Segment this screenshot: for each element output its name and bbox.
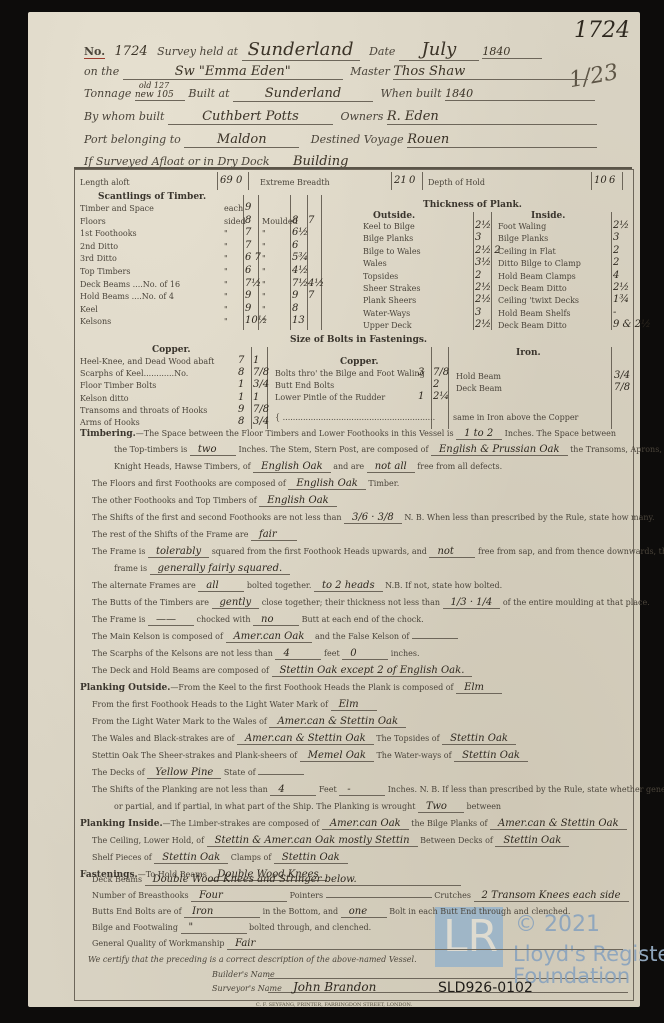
- text-l1-a: —To Hold Beams: [138, 870, 207, 879]
- plank-outside-label: Sheer Strakes: [363, 284, 420, 293]
- timbering-line-l2: the Top-timbers is two Inches. The Stem,…: [114, 444, 662, 456]
- same-iron-label: same in Iron above the Copper: [453, 413, 578, 422]
- plank-inside-label: Hold Beam Shelfs: [498, 309, 571, 318]
- header-row-2: on the Sw "Emma Eden" Master Thos Shaw: [84, 64, 588, 80]
- text-l7-d: N. B. If less than prescribed by the Rul…: [420, 785, 664, 794]
- lr-logo-letters: LR: [443, 907, 498, 967]
- scantling-moulded-label: ": [262, 229, 266, 238]
- watermark-copyright: © 2021: [515, 912, 600, 937]
- copper-row-count: 8: [238, 416, 244, 427]
- field-l6-v[interactable]: 3/6 · 3/8: [344, 512, 402, 524]
- plank-inside-value: 1¾: [613, 294, 629, 305]
- bolt-copper-label: Lower Pintle of the Rudder: [275, 393, 385, 402]
- text-l9-a: frame is: [114, 564, 147, 573]
- text-l3-b: Clamps of: [231, 853, 272, 862]
- plank-outside-value: 2: [475, 270, 481, 281]
- copper-row-count: 1: [238, 392, 244, 403]
- breadth-feet: 21: [394, 175, 407, 186]
- copper-row-count: 7: [238, 355, 244, 366]
- plank-outside-label: Bilge to Wales: [363, 247, 421, 256]
- plank-inside-value: 2½: [613, 282, 629, 293]
- scantling-row-suffix: ": [224, 242, 228, 251]
- copper-row-label: Heel-Knee, and Dead Wood abaft: [80, 357, 214, 366]
- text-l6-a: The Shifts of the first and second Footh…: [92, 513, 341, 522]
- text-l8-b: The Planking is wrought: [316, 802, 415, 811]
- text-l3-b: and are: [333, 462, 364, 471]
- field-l4-v2[interactable]: Stettin Oak: [442, 733, 516, 745]
- text-l1-a: —The Space between the Floor Timbers and…: [136, 429, 454, 438]
- scantling-row-label: Timber and Space: [80, 204, 154, 213]
- text-l1-b: Inches.: [505, 429, 534, 438]
- copper-left-title: Copper.: [152, 345, 191, 355]
- text-l12-b: chocked with: [197, 615, 251, 624]
- copper-row-label: Scarphs of Keel............No.: [80, 369, 188, 378]
- voyage-label: Destined Voyage: [311, 133, 404, 146]
- field-l11-v2[interactable]: 1/3 · 1/4: [443, 597, 501, 609]
- plank-inside-label: Ceiling in Flat: [498, 247, 556, 256]
- field-l12-v[interactable]: ——: [148, 614, 194, 626]
- plank-inside-label: Foot Waling: [498, 222, 546, 231]
- text-l8-c: free from sap, and from thence downwards…: [478, 547, 664, 556]
- plank-outside-value: 2½ 2: [475, 245, 501, 256]
- plank-outside-value: 3: [475, 232, 481, 243]
- copper-row-label: Arms of Hooks: [80, 418, 140, 427]
- length-inches: 0: [236, 175, 242, 186]
- scantling-sided-value: 7: [245, 227, 251, 238]
- field-l1-v2[interactable]: Amer.can & Stettin Oak: [490, 818, 627, 830]
- plank-outside-label: Bilge Planks: [363, 234, 413, 243]
- watermark-org-line-1: Lloyd's Register: [513, 942, 664, 966]
- builder-value: Cuthbert Potts: [168, 109, 333, 125]
- length-feet: 69: [220, 175, 233, 186]
- field-l1-v[interactable]: Amer.can Oak: [322, 818, 409, 830]
- copper-row-label: Transoms and throats of Hooks: [80, 406, 207, 415]
- survey-label: Survey held at: [157, 45, 238, 58]
- plank-outside-label: Wales: [363, 259, 387, 268]
- field-l9-v[interactable]: generally fairly squared.: [150, 563, 291, 575]
- text-l5-note: Stettin Oak: [92, 751, 138, 760]
- timbering-line-l6: The Shifts of the first and second Footh…: [92, 512, 655, 524]
- field-l4-v[interactable]: English Oak: [288, 478, 366, 490]
- text-l2-b: Inches.: [238, 445, 267, 454]
- text-l2-a: From the first Foothook Heads to the Lig…: [92, 700, 328, 709]
- depth-inches: 6: [609, 175, 615, 186]
- field-l3-v[interactable]: Amer.can & Stettin Oak: [269, 716, 406, 728]
- scantling-moulded-label: ": [262, 305, 266, 314]
- timbering-heading-line: Timbering.—The Space between the Floor T…: [80, 428, 616, 440]
- header-row-3: Tonnage old 127 new 105 Built at Sunderl…: [84, 86, 595, 102]
- scantling-row-suffix: ": [224, 317, 228, 326]
- plank-inside-value: 2: [613, 257, 619, 268]
- bolt-iron-label: Hold Beam: [456, 372, 501, 381]
- plank-inside-label: Deck Beam Ditto: [498, 321, 567, 330]
- bolt-copper-value: 2¼: [433, 391, 449, 402]
- text-l8-a: or partial, and if partial, in what part…: [114, 802, 314, 811]
- master-label: Master: [350, 65, 390, 78]
- bolts-blank-row: { ......................................…: [275, 413, 435, 422]
- scantling-row-suffix: ": [224, 280, 228, 289]
- scantling-sided-value: 7½: [245, 278, 261, 289]
- scantling-sided-value: 9: [245, 290, 251, 301]
- text-l10-c: N.B. If not, state how bolted.: [385, 581, 502, 590]
- scantling-sided-value: 9: [245, 303, 251, 314]
- survey-document: 1724 1/23 No. 1724 Survey held at Sunder…: [28, 12, 640, 1007]
- field-l5-v2[interactable]: Stettin Oak: [454, 750, 528, 762]
- plank-inside-value: 2: [613, 245, 619, 256]
- plank-outside-value: 2½: [475, 319, 491, 330]
- field-l5-v[interactable]: Memel Oak: [300, 750, 374, 762]
- voyage-value: Rouen: [407, 132, 597, 148]
- text-l8-c: between: [467, 802, 502, 811]
- planking_outside-line-l5: Stettin Oak The Sheer-strakes and Plank-…: [92, 750, 528, 762]
- text-l7-a: The rest of the Shifts of the Frame are: [92, 530, 248, 539]
- plank-inside-label: Ceiling 'twixt Decks: [498, 296, 579, 305]
- timbering-line-l14: The Scarphs of the Kelsons are not less …: [92, 648, 420, 660]
- plank-outside-value: 3½: [475, 257, 491, 268]
- scantling-row-label: 1st Foothooks: [80, 229, 137, 238]
- bolt-iron-value: 7/8: [614, 382, 630, 393]
- text-l4-b: The Topsides of: [376, 734, 439, 743]
- archive-reference: SLD926-0102: [438, 980, 533, 996]
- scantling-middle-value: 6½: [292, 227, 308, 238]
- bolt-copper-label: Butt End Bolts: [275, 381, 334, 390]
- field-l12-v2[interactable]: no: [253, 614, 299, 626]
- breadth-inches: 0: [409, 175, 415, 186]
- plank-outside-value: 2½: [475, 294, 491, 305]
- field-l8-v[interactable]: Two: [418, 801, 464, 813]
- field-l3-v[interactable]: English Oak: [253, 461, 331, 473]
- fastenings-heading-line: Fastenings.—To Hold Beams Double Wood Kn…: [80, 869, 327, 881]
- text-l14-a: The Scarphs of the Kelsons are not less …: [92, 649, 273, 658]
- field-l2-v[interactable]: Stettin & Amer.can Oak mostly Stettin: [207, 835, 418, 847]
- builders-name-label: Builder's Name: [212, 970, 275, 979]
- field-l6-v[interactable]: Yellow Pine: [147, 767, 221, 779]
- planking_outside-line-l3: From the Light Water Mark to the Wales o…: [92, 716, 406, 728]
- field-l14-v[interactable]: 4: [275, 648, 321, 660]
- text-l2-a: The Ceiling, Lower Hold, of: [92, 836, 204, 845]
- field-l3-v2[interactable]: Stettin Oak: [274, 852, 348, 864]
- field-l5-v[interactable]: English Oak: [259, 495, 337, 507]
- lr-logo: LR: [435, 907, 503, 967]
- scantling-row-suffix: ": [224, 292, 228, 301]
- field-l13-v2[interactable]: [412, 638, 458, 639]
- timbering-line-l5: The other Foothooks and Top Timbers of E…: [92, 495, 337, 507]
- no-value: 1724: [115, 44, 148, 59]
- bolt-iron-label: Deck Beam: [456, 384, 502, 393]
- planking_outside-line-l8: or partial, and if partial, in what part…: [114, 801, 501, 813]
- text-l7-b: Feet: [319, 785, 337, 794]
- date-label: Date: [369, 45, 395, 58]
- scantling-moulded-label: ": [262, 292, 266, 301]
- text-l2-d: the Transoms, Aprons,: [570, 445, 662, 454]
- scantling-middle-value: 8: [292, 215, 298, 226]
- field-l1-v[interactable]: Double Wood Knees: [209, 869, 326, 881]
- timbering-line-l8: The Frame is tolerably squared from the …: [92, 546, 664, 558]
- by-whom-label: By whom built: [84, 110, 164, 123]
- plank-inside-label: Ditto Bilge to Clamp: [498, 259, 581, 268]
- scantling-row-suffix: each: [224, 204, 243, 213]
- scantling-middle-value: 13: [292, 315, 305, 326]
- text-l4-a: The Wales and Black-strakes are of: [92, 734, 234, 743]
- breadth-label: Extreme Breadth: [260, 178, 330, 187]
- length-label: Length aloft: [80, 178, 130, 187]
- field-l10-v[interactable]: all: [198, 580, 244, 592]
- plank-outside-value: 2½: [475, 282, 491, 293]
- tonnage-new: new 105: [135, 90, 174, 100]
- built-at-label: Built at: [188, 87, 229, 100]
- text-l7-a: The Shifts of the Planking are not less …: [92, 785, 268, 794]
- text-l14-b: feet: [324, 649, 340, 658]
- timbering-line-l13: The Main Kelson is composed of Amer.can …: [92, 631, 458, 643]
- date-value: July: [399, 39, 479, 61]
- text-l3-a: From the Light Water Mark to the Wales o…: [92, 717, 267, 726]
- bolt-copper-value: 2: [433, 379, 439, 390]
- scantling-middle-value: 7½: [292, 278, 308, 289]
- scantling-sided-value: 8: [245, 215, 251, 226]
- scantling-moulded-label: ": [262, 280, 266, 289]
- timbering-line-l4: The Floors and first Foothooks are compo…: [92, 478, 399, 490]
- copper-row-count: 8: [238, 367, 244, 378]
- scantling-row-label: Hold Beams ....No. of 4: [80, 292, 174, 301]
- copper-row-value: 3/4: [253, 416, 269, 427]
- text-l8-b: squared from the first Foothook Heads up…: [212, 547, 427, 556]
- text-l11-a: The Butts of the Timbers are: [92, 598, 209, 607]
- text-l13-a: The Main Kelson is composed of: [92, 632, 223, 641]
- copper-row-value: 3/4: [253, 379, 269, 390]
- text-l11-c: of the entire moulding at that place.: [503, 598, 650, 607]
- plank-outside-value: 3: [475, 307, 481, 318]
- scantling-moulded-label: ": [262, 254, 266, 263]
- scantling-row-label: Top Timbers: [80, 267, 130, 276]
- depth-label: Depth of Hold: [428, 178, 485, 187]
- text-l3-a: Knight Heads, Hawse Timbers, of: [114, 462, 251, 471]
- field-l11-v[interactable]: gently: [212, 597, 260, 609]
- text-l4-a: The Floors and first Foothooks are compo…: [92, 479, 286, 488]
- scantling-middle-value: 5¾: [292, 252, 308, 263]
- scantling-moulded-label: ": [262, 242, 266, 251]
- timbering-line-l12: The Frame is —— chocked with no Butt at …: [92, 614, 424, 626]
- planking_outside-line-l7: The Shifts of the Planking are not less …: [92, 784, 664, 796]
- bolt-copper-label: Bolts thro' the Bilge and Foot Waling: [275, 369, 425, 378]
- timbering-line-l10: The alternate Frames are all bolted toge…: [92, 580, 502, 592]
- scantling-row-label: Kelsons: [80, 317, 111, 326]
- field-l1-v[interactable]: Elm: [456, 682, 502, 694]
- plank-inside-value: 3: [613, 232, 619, 243]
- plank-outside-label: Topsides: [363, 272, 398, 281]
- copper-row-label: Kelson ditto: [80, 394, 129, 403]
- scantling-ends-value: 7: [308, 290, 314, 301]
- field-l3-v[interactable]: Stettin Oak: [154, 852, 228, 864]
- printer-imprint: C. F. SEYFANG, PRINTER, FARRINGDON STREE…: [28, 1002, 640, 1008]
- planking-outside-heading-line: Planking Outside.—From the Keel to the f…: [80, 682, 502, 694]
- text-l2-b: Between Decks of: [420, 836, 493, 845]
- copper-row-count: 9: [238, 404, 244, 415]
- field-l7-v[interactable]: fair: [251, 529, 297, 541]
- corner-number: 1724: [574, 18, 630, 43]
- text-l13-b: and the False Kelson of: [315, 632, 409, 641]
- text-l3-c: free from all defects.: [417, 462, 502, 471]
- plank-outside-label: Keel to Bilge: [363, 222, 415, 231]
- owners-label: Owners: [340, 110, 383, 123]
- scantling-middle-value: 4½: [292, 265, 308, 276]
- plank-inside-label: Hold Beam Clamps: [498, 272, 576, 281]
- scantling-ends-value: 4½: [308, 278, 324, 289]
- text-l10-a: The alternate Frames are: [92, 581, 196, 590]
- depth-feet: 10: [594, 175, 607, 186]
- text-l10-b: bolted together.: [247, 581, 312, 590]
- scantling-sided-value: 6: [245, 265, 251, 276]
- text-l3-a: Shelf Pieces of: [92, 853, 152, 862]
- timbering-line-l9: frame is generally fairly squared.: [114, 563, 290, 575]
- timbering-line-l3: Knight Heads, Hawse Timbers, of English …: [114, 461, 502, 473]
- scantling-row-label: 2nd Ditto: [80, 242, 118, 251]
- header-row-4: By whom built Cuthbert Potts Owners R. E…: [84, 109, 597, 125]
- surveyor-signature: John Brandon: [293, 980, 376, 994]
- certification-statement: We certify that the preceding is a corre…: [88, 955, 417, 964]
- text-l6-a: The Decks of: [92, 768, 145, 777]
- scantling-ends-value: 7: [308, 215, 314, 226]
- planking_outside-line-l6: The Decks of Yellow Pine State of: [92, 767, 304, 779]
- planking_inside-line-l3: Shelf Pieces of Stettin Oak Clamps of St…: [92, 852, 348, 864]
- bolts-title: Size of Bolts in Fastenings.: [290, 335, 427, 345]
- tonnage-values: old 127 new 105: [135, 90, 185, 101]
- field-l13-v[interactable]: Amer.can Oak: [226, 631, 313, 643]
- tonnage-label: Tonnage: [84, 87, 131, 100]
- scantling-sided-value: 7: [245, 240, 251, 251]
- field-l10-v2[interactable]: to 2 heads: [314, 580, 383, 592]
- built-at-value: Sunderland: [233, 86, 373, 102]
- plank-inside-label: Bilge Planks: [498, 234, 548, 243]
- field-l1-v[interactable]: 1 to 2: [456, 428, 502, 440]
- field-l2-v[interactable]: two: [190, 444, 236, 456]
- field-l4-v[interactable]: Amer.can & Stettin Oak: [237, 733, 374, 745]
- scantling-middle-value: 6: [292, 240, 298, 251]
- text-l12-c: Butt at each end of the chock.: [302, 615, 424, 624]
- field-l2-v[interactable]: Elm: [331, 699, 377, 711]
- timbering-line-l15: The Deck and Hold Beams are composed of …: [92, 665, 472, 677]
- text-l5-b: The Water-ways of: [376, 751, 451, 760]
- plank-inside-value: 4: [613, 270, 619, 281]
- port-label: Port belonging to: [84, 133, 181, 146]
- field-l15-v[interactable]: Stettin Oak except 2 of English Oak.: [272, 665, 473, 677]
- field-l8-v[interactable]: tolerably: [148, 546, 209, 558]
- text-l1-a: —From the Keel to the first Foothook Hea…: [170, 683, 453, 692]
- survey-location: Sunderland: [242, 39, 360, 61]
- scantling-sided-value: 9: [245, 202, 251, 213]
- copper-row-count: 1: [238, 379, 244, 390]
- year-value: 1840: [482, 45, 542, 59]
- bolts-iron-title: Iron.: [516, 348, 541, 358]
- scantling-middle-value: 9: [292, 290, 298, 301]
- planking_outside-line-l2: From the first Foothook Heads to the Lig…: [92, 699, 377, 711]
- bolt-copper-count: 3: [418, 367, 424, 378]
- planking-inside-heading: Planking Inside.: [80, 819, 163, 829]
- scantling-row-label: 3rd Ditto: [80, 254, 117, 263]
- scantling-row-suffix: ": [224, 267, 228, 276]
- fastenings-heading: Fastenings.: [80, 870, 138, 880]
- master-value: Thos Shaw: [393, 64, 588, 80]
- bolt-copper-count: 1: [418, 391, 424, 402]
- bolt-iron-value: 3/4: [614, 370, 630, 381]
- field-l14-v2[interactable]: 0: [342, 648, 388, 660]
- scantling-row-suffix: ": [224, 254, 228, 263]
- header-row-1: No. 1724 Survey held at Sunderland Date …: [84, 39, 542, 61]
- text-l6-b: State of: [224, 768, 256, 777]
- timbering-line-l7: The rest of the Shifts of the Frame are …: [92, 529, 297, 541]
- text-l14-c: inches.: [391, 649, 420, 658]
- scantling-moulded-label: ": [262, 317, 266, 326]
- text-l12-a: The Frame is: [92, 615, 145, 624]
- scantling-middle-value: 8: [292, 303, 298, 314]
- copper-row-value: 7/8: [253, 367, 269, 378]
- scantling-row-suffix: ": [224, 305, 228, 314]
- outside-title: Outside.: [373, 211, 415, 221]
- text-l5-a: The other Foothooks and Top Timbers of: [92, 496, 257, 505]
- no-label: No.: [84, 45, 105, 59]
- inside-title: Inside.: [531, 211, 565, 221]
- when-built-value: 1840: [445, 87, 595, 101]
- scantling-row-label: Floors: [80, 217, 106, 226]
- scantling-row-label: Deck Beams ....No. of 16: [80, 280, 180, 289]
- planking-inside-heading-line: Planking Inside.—The Limber-strakes are …: [80, 818, 627, 830]
- scantling-row-label: Keel: [80, 305, 98, 314]
- text-l1-c: The Space between: [537, 429, 616, 438]
- port-value: Maldon: [184, 132, 299, 148]
- scantling-row-suffix: sided: [224, 217, 246, 226]
- field-l2-v2[interactable]: Stettin Oak: [495, 835, 569, 847]
- text-l7-c: Inches.: [388, 785, 417, 794]
- text-l2-c: The Stem, Stern Post, are composed of: [270, 445, 428, 454]
- scantling-sided-value: 6 7: [245, 252, 261, 263]
- field-l3-v2[interactable]: not all: [367, 461, 415, 473]
- timbering-heading: Timbering.: [80, 429, 136, 439]
- text-l4-b: Timber.: [368, 479, 399, 488]
- owners-value: R. Eden: [387, 109, 597, 125]
- plank-inside-value: -: [613, 307, 616, 318]
- text-l15-a: The Deck and Hold Beams are composed of: [92, 666, 269, 675]
- field-l7-v[interactable]: 4: [270, 784, 316, 796]
- text-l2-a: the Top-timbers is: [114, 445, 187, 454]
- plank-outside-label: Plank Sheers: [363, 296, 416, 305]
- when-built-label: When built: [381, 87, 442, 100]
- copper-row-value: 1: [253, 355, 259, 366]
- plank-inside-label: Deck Beam Ditto: [498, 284, 567, 293]
- plank-outside-label: Upper Deck: [363, 321, 412, 330]
- text-l1-b: the Bilge Planks of: [411, 819, 487, 828]
- plank-outside-label: Water-Ways: [363, 309, 410, 318]
- plank-title: Thickness of Plank.: [423, 200, 522, 210]
- field-l7-v2[interactable]: -: [339, 784, 385, 796]
- copper-row-label: Floor Timber Bolts: [80, 381, 156, 390]
- header-row-5: Port belonging to Maldon Destined Voyage…: [84, 132, 597, 148]
- text-l6-b: N. B. When less than prescribed by the R…: [404, 513, 654, 522]
- text-l5-a: The Sheer-strakes and Plank-sheers of: [141, 751, 297, 760]
- field-l8-v2[interactable]: not: [429, 546, 475, 558]
- copper-row-value: 1: [253, 392, 259, 403]
- tonnage-old: old 127: [139, 81, 169, 90]
- text-l11-b: close together; their thickness not less…: [262, 598, 440, 607]
- field-l2-v2[interactable]: English & Prussian Oak: [431, 444, 568, 456]
- bolts-copper-title: Copper.: [340, 357, 379, 367]
- plank-inside-value: 2½: [613, 220, 629, 231]
- on-the-label: on the: [84, 65, 119, 78]
- scantling-row-suffix: ": [224, 229, 228, 238]
- planking_inside-line-l2: The Ceiling, Lower Hold, of Stettin & Am…: [92, 835, 569, 847]
- text-l8-a: The Frame is: [92, 547, 145, 556]
- scantlings-title: Scantlings of Timber.: [98, 192, 206, 202]
- copper-row-value: 7/8: [253, 404, 269, 415]
- field-l6-v2[interactable]: [258, 774, 304, 775]
